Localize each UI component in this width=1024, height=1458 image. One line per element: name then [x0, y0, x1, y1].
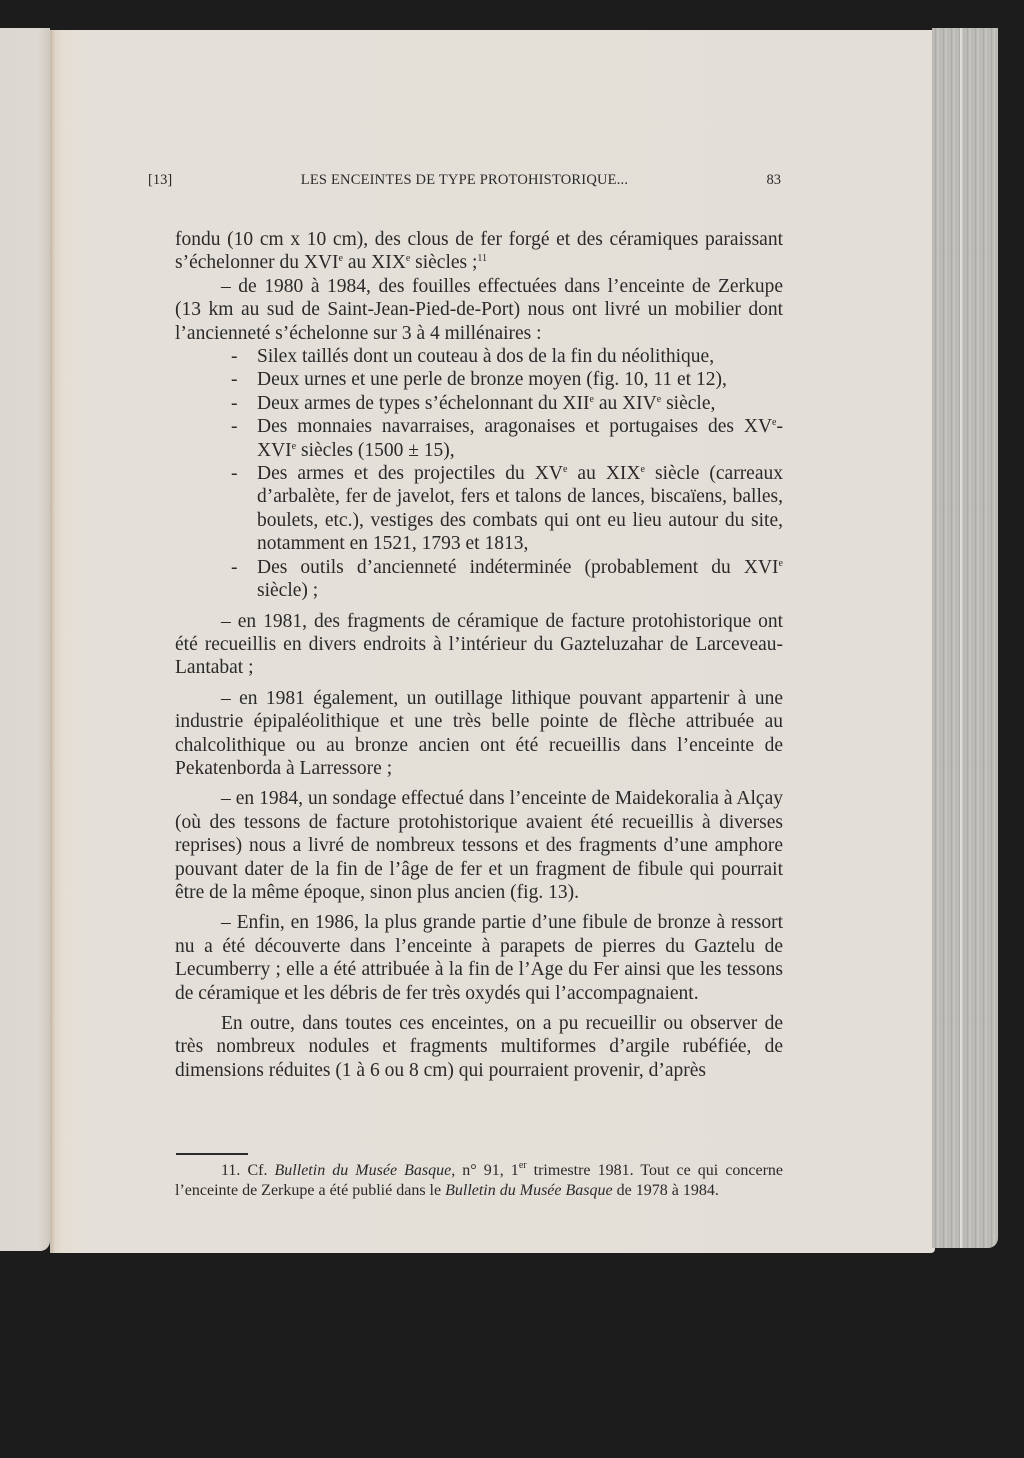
- gutter-shadow: [50, 30, 56, 1253]
- paragraph-lecumberry: – Enfin, en 1986, la plus grande partie …: [175, 911, 783, 1005]
- left-page-edge: [0, 28, 50, 1251]
- running-head: [13] LES ENCEINTES DE TYPE PROTOHISTORIQ…: [148, 172, 781, 192]
- page-edge-highlight: [960, 28, 962, 1248]
- paragraph-larceveau: – en 1981, des fragments de céramique de…: [175, 610, 783, 680]
- page-number: 83: [767, 172, 782, 189]
- footnote-11: 11. Cf. Bulletin du Musée Basque, n° 91,…: [175, 1161, 783, 1200]
- list-item: -Des armes et des projectiles du XVe au …: [175, 462, 783, 556]
- footnote-divider: [176, 1153, 248, 1155]
- page-stack-edges: [932, 28, 998, 1248]
- list-item: -Deux urnes et une perle de bronze moyen…: [175, 368, 783, 391]
- paragraph-zerkupe: – de 1980 à 1984, des fouilles effectuée…: [175, 275, 783, 345]
- paragraph-argile: En outre, dans toutes ces enceintes, on …: [175, 1012, 783, 1082]
- paragraph-pekatenborda: – en 1981 également, un outillage lithiq…: [175, 687, 783, 781]
- list-item: -Des monnaies navarraises, aragonaises e…: [175, 415, 783, 462]
- list-item: -Des outils d’ancienneté indéterminée (p…: [175, 556, 783, 603]
- finds-list: -Silex taillés dont un couteau à dos de …: [175, 345, 783, 602]
- journal-title: Bulletin du Musée Basque: [445, 1182, 613, 1199]
- list-item: -Deux armes de types s’échelonnant du XI…: [175, 392, 783, 415]
- body-text: fondu (10 cm x 10 cm), des clous de fer …: [175, 228, 783, 1082]
- list-item: -Silex taillés dont un couteau à dos de …: [175, 345, 783, 368]
- paragraph-maidekoralia: – en 1984, un sondage effectué dans l’en…: [175, 787, 783, 904]
- footnote-ref-11[interactable]: 11: [477, 253, 487, 264]
- running-title: LES ENCEINTES DE TYPE PROTOHISTORIQUE...: [148, 172, 781, 189]
- paragraph-1: fondu (10 cm x 10 cm), des clous de fer …: [175, 228, 783, 275]
- journal-title: Bulletin du Musée Basque,: [275, 1162, 456, 1179]
